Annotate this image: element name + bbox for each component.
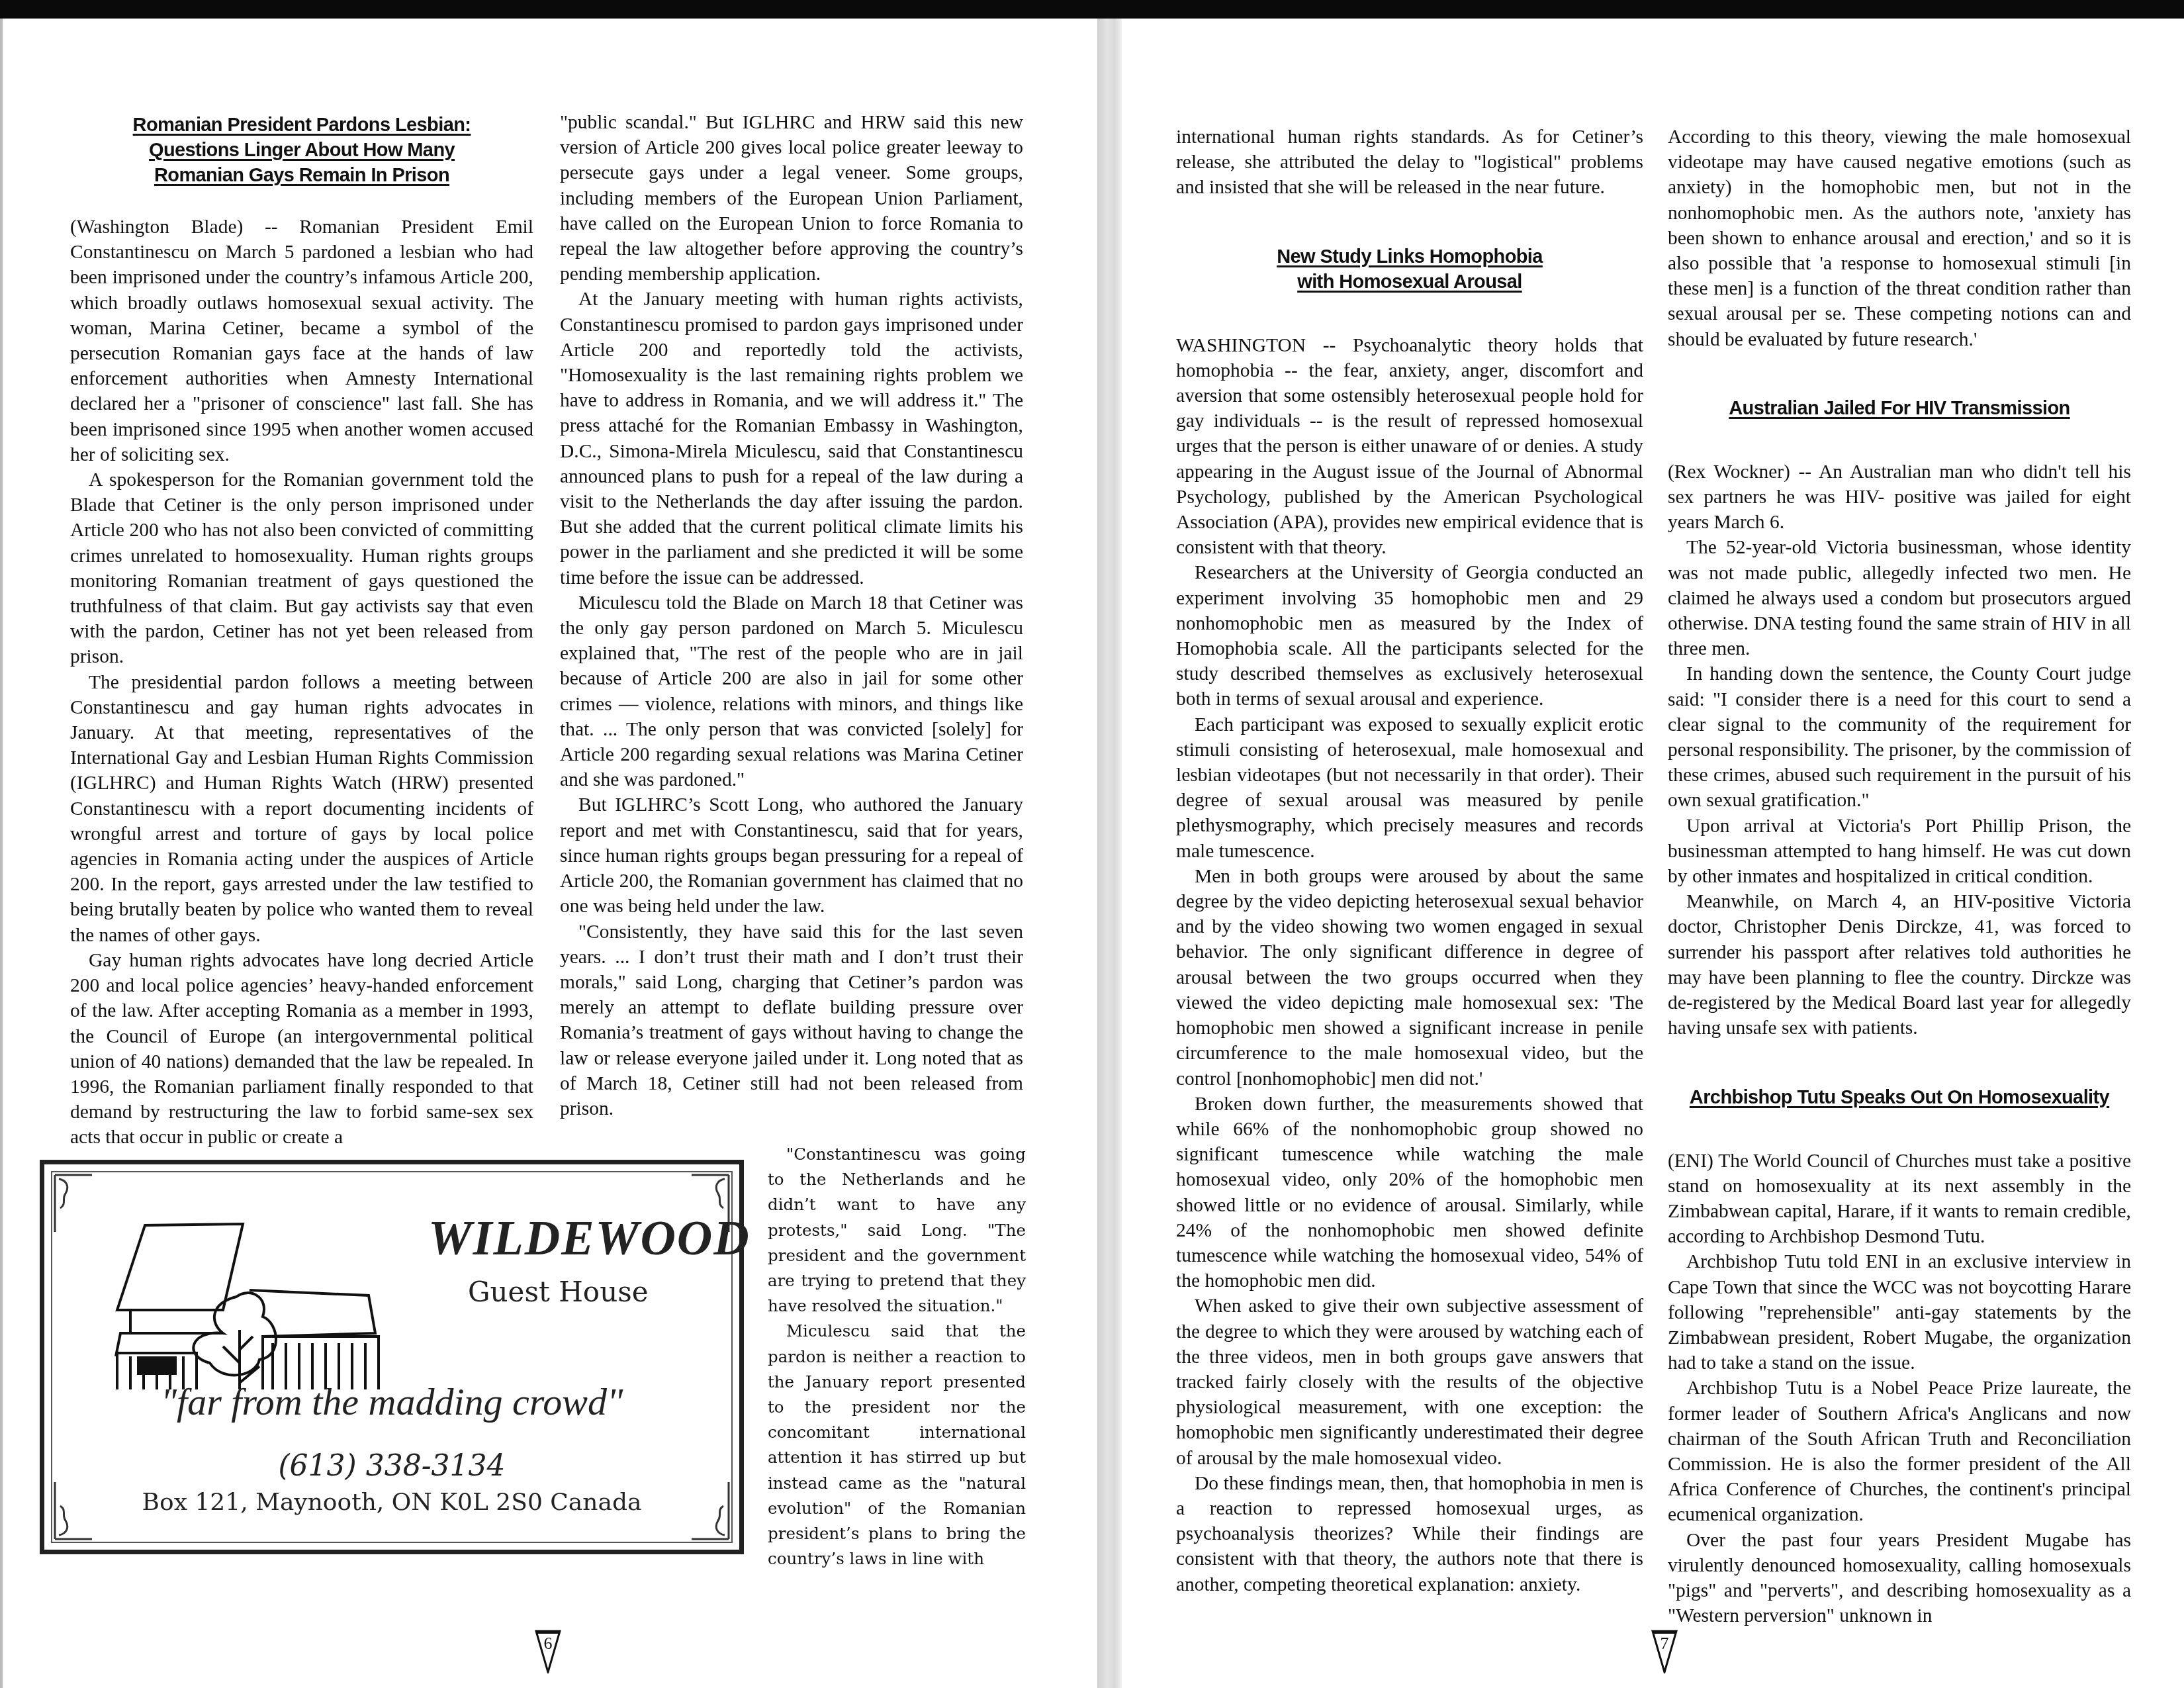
ornament-corner-icon	[54, 1174, 93, 1233]
page-number-6: 6	[535, 1630, 561, 1673]
headline-tutu: Archbishop Tutu Speaks Out On Homosexual…	[1668, 1085, 2131, 1110]
headline-line: Romanian President Pardons Lesbian:	[70, 113, 533, 138]
headline-australia: Australian Jailed For HIV Transmission	[1668, 396, 2131, 421]
paragraph: Miculescu said that the pardon is neithe…	[768, 1319, 1026, 1571]
headline-line: with Homosexual Arousal	[1176, 269, 1643, 295]
paragraph: "public scandal." But IGLHRC and HRW sai…	[560, 110, 1023, 287]
headline-line: New Study Links Homophobia	[1176, 244, 1643, 269]
page-number-label: 7	[1651, 1634, 1678, 1654]
page-number-label: 6	[535, 1634, 561, 1654]
paragraph: Archbishop Tutu is a Nobel Peace Prize l…	[1668, 1376, 2131, 1527]
paragraph: The 52-year-old Victoria businessman, wh…	[1668, 535, 2131, 661]
column-1: Romanian President Pardons Lesbian: Ques…	[70, 113, 533, 1150]
page-number-7: 7	[1651, 1630, 1678, 1673]
scanner-top-edge	[0, 0, 2184, 19]
column-2: "public scandal." But IGLHRC and HRW sai…	[560, 110, 1023, 1121]
paragraph: (Washington Blade) -- Romanian President…	[70, 214, 533, 467]
book-gutter	[1097, 19, 1122, 1688]
paragraph: Each participant was exposed to sexually…	[1176, 712, 1643, 864]
paragraph: But IGLHRC’s Scott Long, who authored th…	[560, 792, 1023, 919]
paragraph: In handing down the sentence, the County…	[1668, 661, 2131, 813]
ad-tagline: "far from the madding crowd"	[44, 1380, 739, 1424]
paragraph: Do these findings mean, then, that homop…	[1176, 1471, 1643, 1597]
paragraph: (ENI) The World Council of Churches must…	[1668, 1149, 2131, 1250]
paragraph: At the January meeting with human rights…	[560, 287, 1023, 590]
headline-line: Australian Jailed For HIV Transmission	[1668, 396, 2131, 421]
paragraph: Upon arrival at Victoria's Port Phillip …	[1668, 814, 2131, 890]
ad-brand-name: WILDEWOOD	[428, 1211, 751, 1267]
headline-romania: Romanian President Pardons Lesbian: Ques…	[70, 113, 533, 188]
ad-address: Box 121, Maynooth, ON K0L 2S0 Canada	[44, 1489, 739, 1516]
paragraph: "Consistently, they have said this for t…	[560, 919, 1023, 1122]
column-3: international human rights standards. As…	[1176, 124, 1643, 1597]
headline-line: Archbishop Tutu Speaks Out On Homosexual…	[1668, 1085, 2131, 1110]
headline-homophobia-study: New Study Links Homophobia with Homosexu…	[1176, 244, 1643, 295]
headline-line: Questions Linger About How Many	[70, 138, 533, 163]
paragraph: When asked to give their own subjective …	[1176, 1293, 1643, 1470]
wildewood-advertisement: WILDEWOOD Guest House "far from the madd…	[40, 1160, 744, 1554]
ad-phone-number: (613) 338-3134	[44, 1449, 739, 1483]
paragraph: According to this theory, viewing the ma…	[1668, 124, 2131, 352]
paragraph: Men in both groups were aroused by about…	[1176, 864, 1643, 1092]
column-2-narrow: "Constantinescu was going to the Netherl…	[768, 1142, 1026, 1571]
paragraph: The presidential pardon follows a meetin…	[70, 670, 533, 948]
paragraph: international human rights standards. As…	[1176, 124, 1643, 201]
paragraph: Miculescu told the Blade on March 18 tha…	[560, 590, 1023, 793]
paragraph: Researchers at the University of Georgia…	[1176, 560, 1643, 712]
paragraph: WASHINGTON -- Psychoanalytic theory hold…	[1176, 333, 1643, 561]
paragraph: Over the past four years President Mugab…	[1668, 1528, 2131, 1629]
column-4: According to this theory, viewing the ma…	[1668, 124, 2131, 1628]
paragraph: Archbishop Tutu told ENI in an exclusive…	[1668, 1249, 2131, 1376]
paragraph: Broken down further, the measurements sh…	[1176, 1092, 1643, 1294]
ad-subtitle: Guest House	[468, 1276, 649, 1308]
paragraph: (Rex Wockner) -- An Australian man who d…	[1668, 459, 2131, 536]
paragraph: Meanwhile, on March 4, an HIV-positive V…	[1668, 889, 2131, 1041]
paragraph: Gay human rights advocates have long dec…	[70, 948, 533, 1150]
house-with-tree-illustration	[111, 1217, 461, 1389]
paragraph: "Constantinescu was going to the Netherl…	[768, 1142, 1026, 1319]
paragraph: A spokesperson for the Romanian governme…	[70, 467, 533, 670]
headline-line: Romanian Gays Remain In Prison	[70, 163, 533, 188]
